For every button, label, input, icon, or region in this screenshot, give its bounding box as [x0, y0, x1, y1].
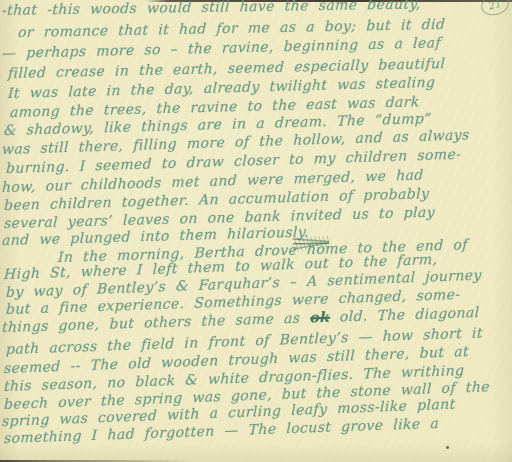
journal-page: 21 -that -this woods would still have th…: [0, 0, 512, 462]
circled-page-number: 21: [479, 0, 511, 18]
struck-out-word: ok: [310, 310, 330, 327]
page-number: 21: [487, 0, 502, 12]
line-segment: old. The diagonal: [330, 305, 480, 326]
paper-speck: [446, 446, 449, 449]
handwritten-line: -that -this woods would still have the s…: [2, 0, 422, 19]
